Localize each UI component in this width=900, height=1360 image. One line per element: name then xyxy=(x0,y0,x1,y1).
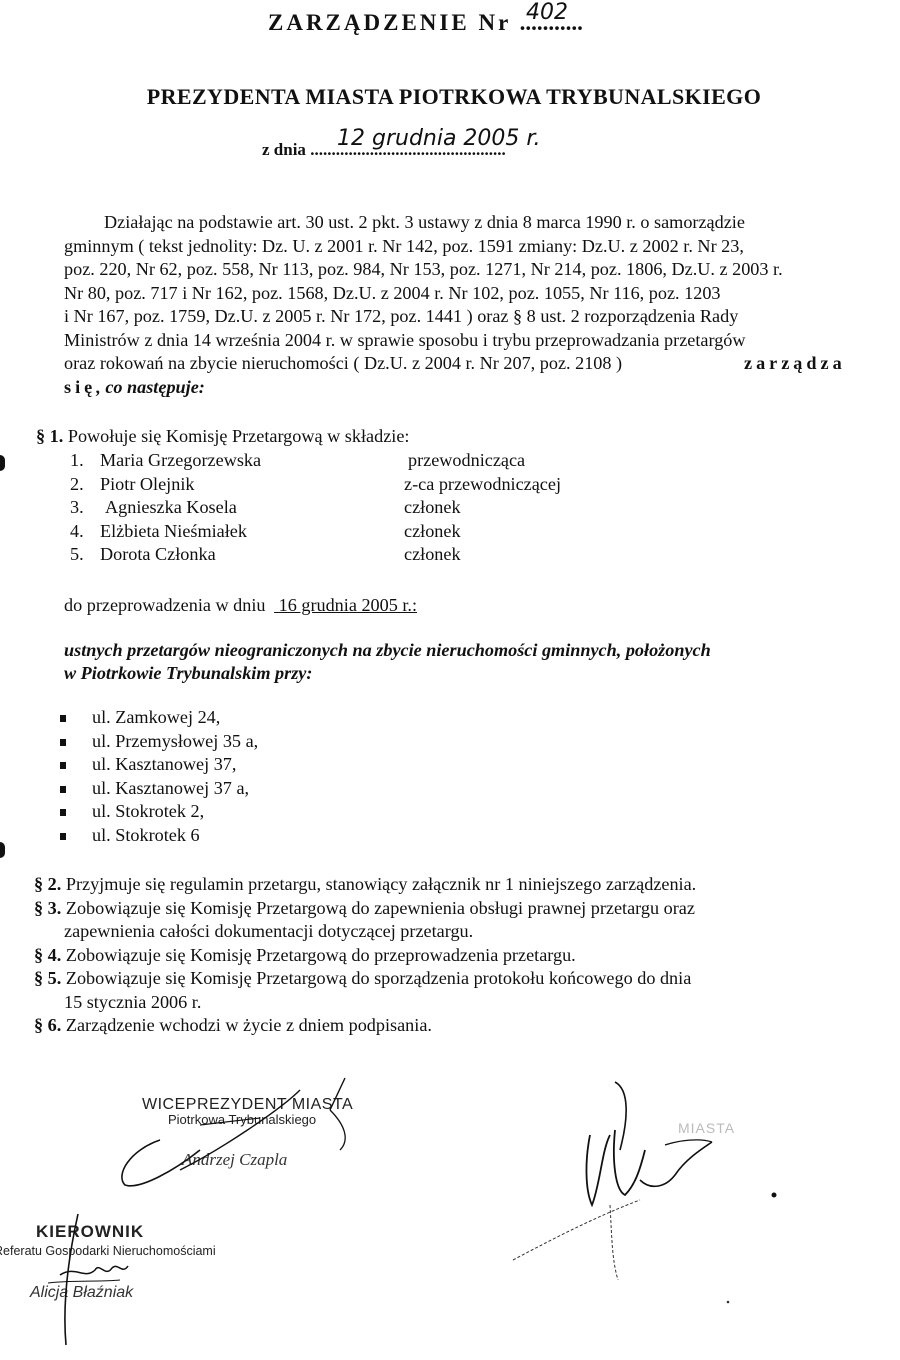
address-item: ul. Przemysłowej 35 a, xyxy=(92,731,258,752)
member-name: Dorota Członka xyxy=(100,544,216,565)
member-row: 3. Agnieszka Kosela członek xyxy=(70,497,84,518)
section-3: § 3. Zobowiązuje się Komisję Przetargową… xyxy=(34,898,695,919)
section-text: Zarządzenie wchodzi w życie z dniem podp… xyxy=(66,1015,432,1035)
member-number: 2. xyxy=(70,474,84,494)
section-text: Przyjmuje się regulamin przetargu, stano… xyxy=(66,874,696,894)
member-number: 3. xyxy=(70,497,84,517)
bullet-icon xyxy=(60,833,66,840)
section-label: § 3. xyxy=(34,898,61,918)
section-1-heading: § 1. Powołuje się Komisję Przetargową w … xyxy=(36,426,409,447)
section-label: § 2. xyxy=(34,874,61,894)
section-text: Zobowiązuje się Komisję Przetargową do s… xyxy=(66,968,691,988)
preamble-line: Ministrów z dnia 14 września 2004 r. w s… xyxy=(64,330,746,351)
member-number: 5. xyxy=(70,544,84,564)
handwritten-number: 402 xyxy=(526,0,568,25)
title-text: ZARZĄDZENIE Nr xyxy=(268,10,511,35)
member-row: 1. Maria Grzegorzewska przewodnicząca xyxy=(70,450,84,471)
member-role: członek xyxy=(404,544,461,565)
document-subtitle: PREZYDENTA MIASTA PIOTRKOWA TRYBUNALSKIE… xyxy=(104,84,804,110)
section-6: § 6. Zarządzenie wchodzi w życie z dniem… xyxy=(34,1015,432,1036)
decree-tail: , co następuje: xyxy=(96,377,205,397)
decree-word: zarządza xyxy=(744,353,846,374)
signatory-name: Alicja Błaźniak xyxy=(30,1284,133,1302)
address-item: ul. Kasztanowej 37 a, xyxy=(92,778,249,799)
signatory-name: Andrzej Czapla xyxy=(182,1150,287,1170)
member-number: 4. xyxy=(70,521,84,541)
member-number: 1. xyxy=(70,450,84,470)
decree-word-2: się xyxy=(64,377,96,397)
member-row: 2. Piotr Olejnik z-ca przewodniczącej xyxy=(70,474,84,495)
stamp-title: KIEROWNIK xyxy=(36,1222,144,1242)
section-label: § 6. xyxy=(34,1015,61,1035)
address-item: ul. Zamkowej 24, xyxy=(92,707,220,728)
member-role: z-ca przewodniczącej xyxy=(404,474,561,495)
margin-mark xyxy=(0,455,5,471)
bullet-icon xyxy=(60,715,66,722)
member-row: 4. Elżbieta Nieśmiałek członek xyxy=(70,521,84,542)
preamble-text: oraz rokowań na zbycie nieruchomości ( D… xyxy=(64,353,622,373)
faint-stamp-text: MIASTA xyxy=(678,1120,735,1136)
member-name: Maria Grzegorzewska xyxy=(100,450,261,471)
member-name: Agnieszka Kosela xyxy=(105,497,237,518)
member-row: 5. Dorota Członka członek xyxy=(70,544,84,565)
purpose-date: 16 grudnia 2005 r.: xyxy=(279,595,417,615)
bullet-icon xyxy=(60,786,66,793)
section-5-continued: 15 stycznia 2006 r. xyxy=(64,992,201,1013)
preamble-line: Nr 80, poz. 717 i Nr 162, poz. 1568, Dz.… xyxy=(64,283,721,304)
address-item: ul. Stokrotek 2, xyxy=(92,801,204,822)
address-item: ul. Stokrotek 6 xyxy=(92,825,200,846)
section-text: Zobowiązuje się Komisję Przetargową do p… xyxy=(66,945,576,965)
section-3-continued: zapewnienia całości dokumentacji dotyczą… xyxy=(64,921,473,942)
preamble-line: oraz rokowań na zbycie nieruchomości ( D… xyxy=(64,353,622,374)
section-2: § 2. Przyjmuje się regulamin przetargu, … xyxy=(34,874,696,895)
section-5: § 5. Zobowiązuje się Komisję Przetargową… xyxy=(34,968,691,989)
section-label: § 1. xyxy=(36,426,63,446)
preamble-line: się, co następuje: xyxy=(64,377,205,398)
section-label: § 4. xyxy=(34,945,61,965)
subject-line-1: ustnych przetargów nieograniczonych na z… xyxy=(64,640,711,661)
member-name: Elżbieta Nieśmiałek xyxy=(100,521,247,542)
section-text: Powołuje się Komisję Przetargową w skład… xyxy=(68,426,410,446)
subject-line-2: w Piotrkowie Trybunalskim przy: xyxy=(64,663,312,684)
section-text: Zobowiązuje się Komisję Przetargową do z… xyxy=(66,898,695,918)
stamp-subtitle: Piotrkowa Trybunalskiego xyxy=(168,1112,316,1127)
bullet-icon xyxy=(60,739,66,746)
document-title: ZARZĄDZENIE Nr ........... 402 xyxy=(268,10,583,36)
section-4: § 4. Zobowiązuje się Komisję Przetargową… xyxy=(34,945,576,966)
section-label: § 5. xyxy=(34,968,61,988)
member-role: członek xyxy=(404,497,461,518)
member-role: członek xyxy=(404,521,461,542)
member-name: Piotr Olejnik xyxy=(100,474,194,495)
bullet-icon xyxy=(60,809,66,816)
preamble-line: poz. 220, Nr 62, poz. 558, Nr 113, poz. … xyxy=(64,259,783,280)
member-role: przewodnicząca xyxy=(408,450,525,471)
purpose-prefix: do przeprowadzenia w dniu xyxy=(64,595,266,615)
bullet-icon xyxy=(60,762,66,769)
preamble-line: i Nr 167, poz. 1759, Dz.U. z 2005 r. Nr … xyxy=(64,306,738,327)
date-label: z dnia xyxy=(262,140,306,159)
preamble-line: Działając na podstawie art. 30 ust. 2 pk… xyxy=(104,212,867,233)
preamble-line: gminnym ( tekst jednolity: Dz. U. z 2001… xyxy=(64,236,744,257)
address-item: ul. Kasztanowej 37, xyxy=(92,754,236,775)
document-date: z dnia .................................… xyxy=(262,140,506,160)
purpose-line: do przeprowadzenia w dniu 16 grudnia 200… xyxy=(64,595,417,616)
stamp-subtitle: Referatu Gospodarki Nieruchomościami xyxy=(0,1244,216,1258)
margin-mark xyxy=(0,842,5,858)
handwritten-date: 12 grudnia 2005 r. xyxy=(337,126,540,151)
